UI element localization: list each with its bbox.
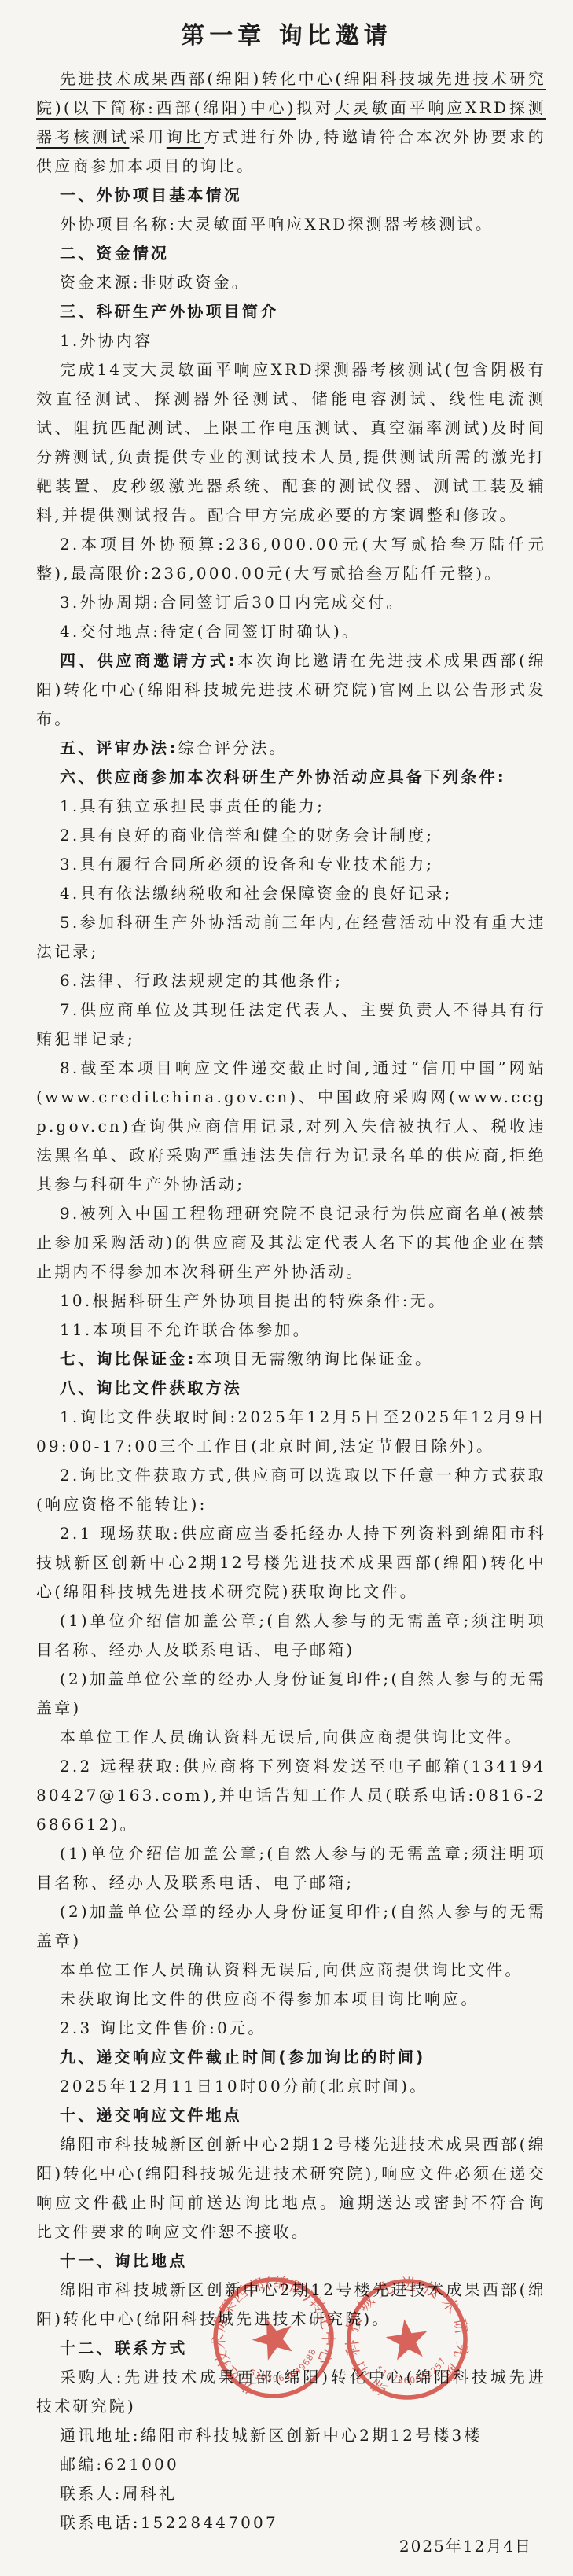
bold-lead-in: 四、供应商邀请方式: [60,651,237,670]
text-run: 拟对 [296,98,334,117]
paragraph: 外协项目名称:大灵敏面平响应XRD探测器考核测试。 [36,210,546,239]
paragraph: 绵阳市科技城新区创新中心2期12号楼先进技术成果西部(绵阳)转化中心(绵阳科技城… [36,2130,546,2247]
bold-lead-in: 七、询比保证金: [60,1349,197,1368]
paragraph: 1.具有独立承担民事责任的能力; [36,792,546,821]
section-heading: 九、递交响应文件截止时间(参加询比的时间) [36,2043,546,2072]
paragraph: 联系人:周科礼 [36,2479,546,2508]
paragraph: 1.外协内容 [36,326,546,355]
paragraph: 2.1 现场获取:供应商应当委托经办人持下列资料到绵阳市科技城新区创新中心2期1… [36,1519,546,1606]
section-heading: 十一、询比地点 [36,2247,546,2276]
paragraph: 四、供应商邀请方式:本次询比邀请在先进技术成果西部(绵阳)转化中心(绵阳科技城先… [36,646,546,734]
paragraph: 2.3 询比文件售价:0元。 [36,2014,546,2043]
paragraph: 2.2 远程获取:供应商将下列资料发送至电子邮箱(13419480427@163… [36,1752,546,1839]
paragraph: (1)单位介绍信加盖公章;(自然人参与的无需盖章;须注明项目名称、经办人及联系电… [36,1839,546,1897]
scanned-document-page: 第一章 询比邀请 先进技术成果西部(绵阳)转化中心(绵阳科技城先进技术研究院)(… [0,0,573,2576]
paragraph: 本单位工作人员确认资料无误后,向供应商提供询比文件。 [36,1956,546,1985]
paragraph: 4.具有依法缴纳税收和社会保障资金的良好记录; [36,879,546,908]
paragraph: 2.具有良好的商业信誉和健全的财务会计制度; [36,821,546,850]
section-heading: 二、资金情况 [36,239,546,268]
text-run: 综合评分法。 [178,738,287,757]
paragraph: 8.截至本项目响应文件递交截止时间,通过“信用中国”网站(www.creditc… [36,1054,546,1199]
text-run: 本项目无需缴纳询比保证金。 [197,1349,434,1368]
document-date: 2025年12月4日 [399,2534,532,2556]
section-heading: 六、供应商参加本次科研生产外协活动应具备下列条件: [36,763,546,792]
paragraph: 采购人:先进技术成果西部(绵阳)转化中心(绵阳科技城先进技术研究院) [36,2363,546,2421]
paragraph: 五、评审办法:综合评分法。 [36,734,546,763]
paragraph: 未获取询比文件的供应商不得参加本项目询比响应。 [36,1985,546,2014]
section-heading: 一、外协项目基本情况 [36,181,546,210]
paragraph: 6.法律、行政法规规定的其他条件; [36,966,546,995]
bold-lead-in: 五、评审办法: [60,738,178,757]
text-run: 采用 [129,127,166,146]
paragraph: 3.外协周期:合同签订后30日内完成交付。 [36,588,546,617]
paragraph: 邮编:621000 [36,2450,546,2479]
paragraph: 2.询比文件获取方式,供应商可以选取以下任意一种方式获取(响应资格不能转让): [36,1461,546,1519]
paragraph: 9.被列入中国工程物理研究院不良记录行为供应商名单(被禁止参加采购活动)的供应商… [36,1199,546,1286]
paragraph: 7.供应商单位及其现任法定代表人、主要负责人不得具有行贿犯罪记录; [36,995,546,1054]
page-title: 第一章 询比邀请 [28,16,545,50]
section-heading: 十二、联系方式 [36,2334,546,2363]
paragraph: 2.本项目外协预算:236,000.00元(大写贰拾叁万陆仟元整),最高限价:2… [36,530,546,588]
paragraph: 2025年12月11日10时00分前(北京时间)。 [36,2072,546,2101]
paragraph: (2)加盖单位公章的经办人身份证复印件;(自然人参与的无需盖章) [36,1897,546,1956]
section-heading: 八、询比文件获取方法 [36,1374,546,1403]
paragraph: 本单位工作人员确认资料无误后,向供应商提供询比文件。 [36,1723,546,1752]
paragraph: 绵阳市科技城新区创新中心2期12号楼先进技术成果西部(绵阳)转化中心(绵阳科技城… [36,2276,546,2334]
paragraph: 10.根据科研生产外协项目提出的特殊条件:无。 [36,1286,546,1316]
section-heading: 十、递交响应文件地点 [36,2101,546,2130]
paragraph: 3.具有履行合同所必须的设备和专业技术能力; [36,850,546,879]
paragraph: (2)加盖单位公章的经办人身份证复印件;(自然人参与的无需盖章) [36,1665,546,1723]
paragraph: 通讯地址:绵阳市科技城新区创新中心2期12号楼3楼 [36,2421,546,2450]
document-body: 先进技术成果西部(绵阳)转化中心(绵阳科技城先进技术研究院)(以下简称:西部(绵… [0,64,573,2537]
paragraph: 先进技术成果西部(绵阳)转化中心(绵阳科技城先进技术研究院)(以下简称:西部(绵… [36,64,546,181]
paragraph: 11.本项目不允许联合体参加。 [36,1316,546,1345]
paragraph: 4.交付地点:待定(合同签订时确认)。 [36,617,546,646]
underlined-text: 询比 [167,127,204,146]
paragraph: 5.参加科研生产外协活动前三年内,在经营活动中没有重大违法记录; [36,908,546,966]
paragraph: (1)单位介绍信加盖公章;(自然人参与的无需盖章;须注明项目名称、经办人及联系电… [36,1606,546,1665]
paragraph: 资金来源:非财政资金。 [36,268,546,297]
section-heading: 三、科研生产外协项目简介 [36,297,546,326]
paragraph: 1.询比文件获取时间:2025年12月5日至2025年12月9日09:00-17… [36,1403,546,1461]
paragraph: 完成14支大灵敏面平响应XRD探测器考核测试(包含阴极有效直径测试、探测器外径测… [36,355,546,530]
paragraph: 七、询比保证金:本项目无需缴纳询比保证金。 [36,1345,546,1374]
